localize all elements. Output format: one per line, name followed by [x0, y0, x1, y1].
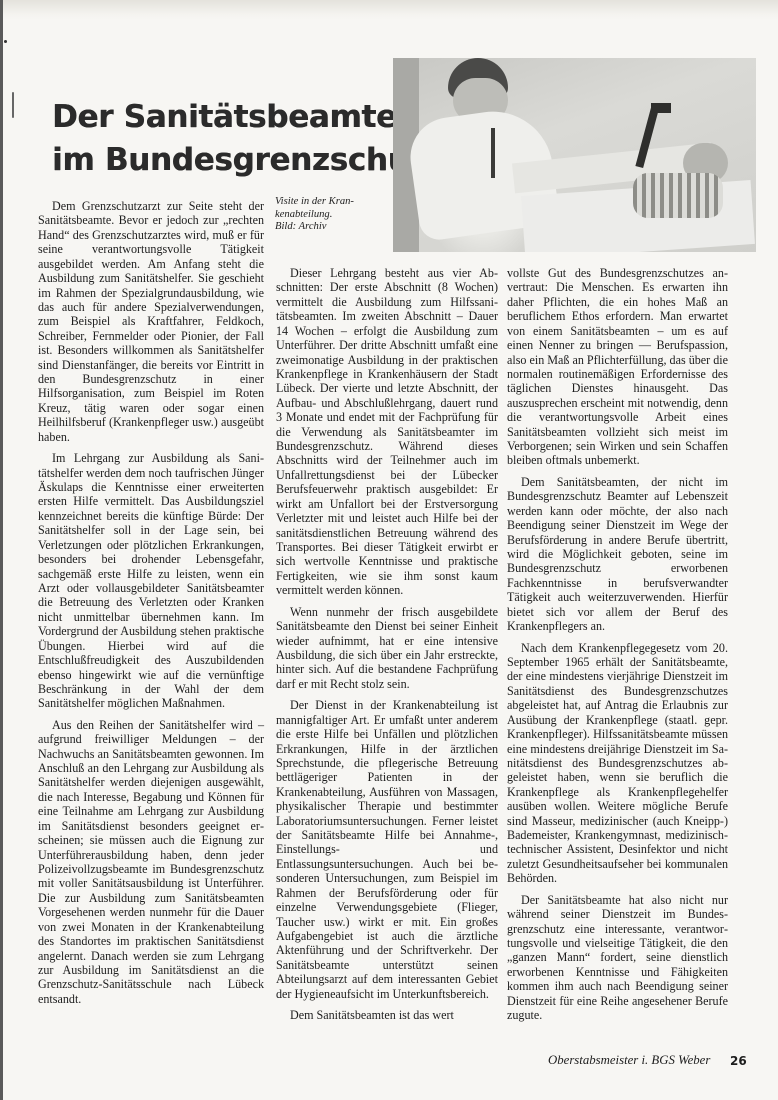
paragraph: Der Dienst in der Krankenabteilung ist m…	[276, 698, 498, 1001]
author-byline: Oberstabsmeister i. BGS Weber	[548, 1053, 710, 1068]
photo-bed-handle	[651, 103, 671, 113]
text-column-2: Dieser Lehrgang besteht aus vier Ab­schn…	[276, 266, 498, 1030]
photo-doctor-tie	[491, 128, 495, 178]
scan-speck	[4, 40, 7, 43]
scan-mark	[12, 92, 14, 118]
photo-caption-credit: Bild: Archiv	[275, 221, 385, 234]
photo-caption: Visite in der Kran- kenabteilung. Bild: …	[275, 196, 385, 234]
scan-left-edge	[0, 0, 3, 1100]
article-title-line-1: Der Sanitätsbeamte	[52, 96, 382, 139]
paragraph: Dem Sanitätsbeamten ist das wert­	[276, 1008, 498, 1022]
paragraph: Im Lehrgang zur Ausbildung als Sani­täts…	[38, 451, 264, 711]
page-number: 26	[730, 1054, 747, 1068]
text-column-1: Dem Grenzschutzarzt zur Seite steht der …	[38, 199, 264, 1013]
paragraph: Wenn nunmehr der frisch ausgebildete San…	[276, 605, 498, 692]
text-column-3: vollste Gut des Bundesgrenzschutzes an­v…	[507, 266, 728, 1030]
paragraph-continued: vollste Gut des Bundesgrenzschutzes an­v…	[507, 266, 728, 468]
paragraph: Der Sanitätsbeamte hat also nicht nur wä…	[507, 893, 728, 1023]
article-photo	[393, 58, 756, 252]
photo-caption-line-2: kenabteilung.	[275, 209, 385, 222]
paragraph: Dem Sanitätsbeamten, der nicht im Bundes…	[507, 475, 728, 634]
paragraph: Dem Grenzschutzarzt zur Seite steht der …	[38, 199, 264, 444]
paragraph: Aus den Reihen der Sanitätshelfer wird –…	[38, 718, 264, 1006]
paragraph: Dieser Lehrgang besteht aus vier Ab­schn…	[276, 266, 498, 598]
article-title: Der Sanitätsbeamte im Bundesgrenzschutz	[52, 96, 382, 182]
photo-caption-line-1: Visite in der Kran-	[275, 196, 385, 209]
photo-patient-shirt	[633, 173, 723, 218]
article-title-line-2: im Bundesgrenzschutz	[52, 139, 382, 182]
scan-top-edge	[0, 0, 778, 20]
paragraph: Nach dem Krankenpflegegesetz vom 20. Sep…	[507, 641, 728, 886]
